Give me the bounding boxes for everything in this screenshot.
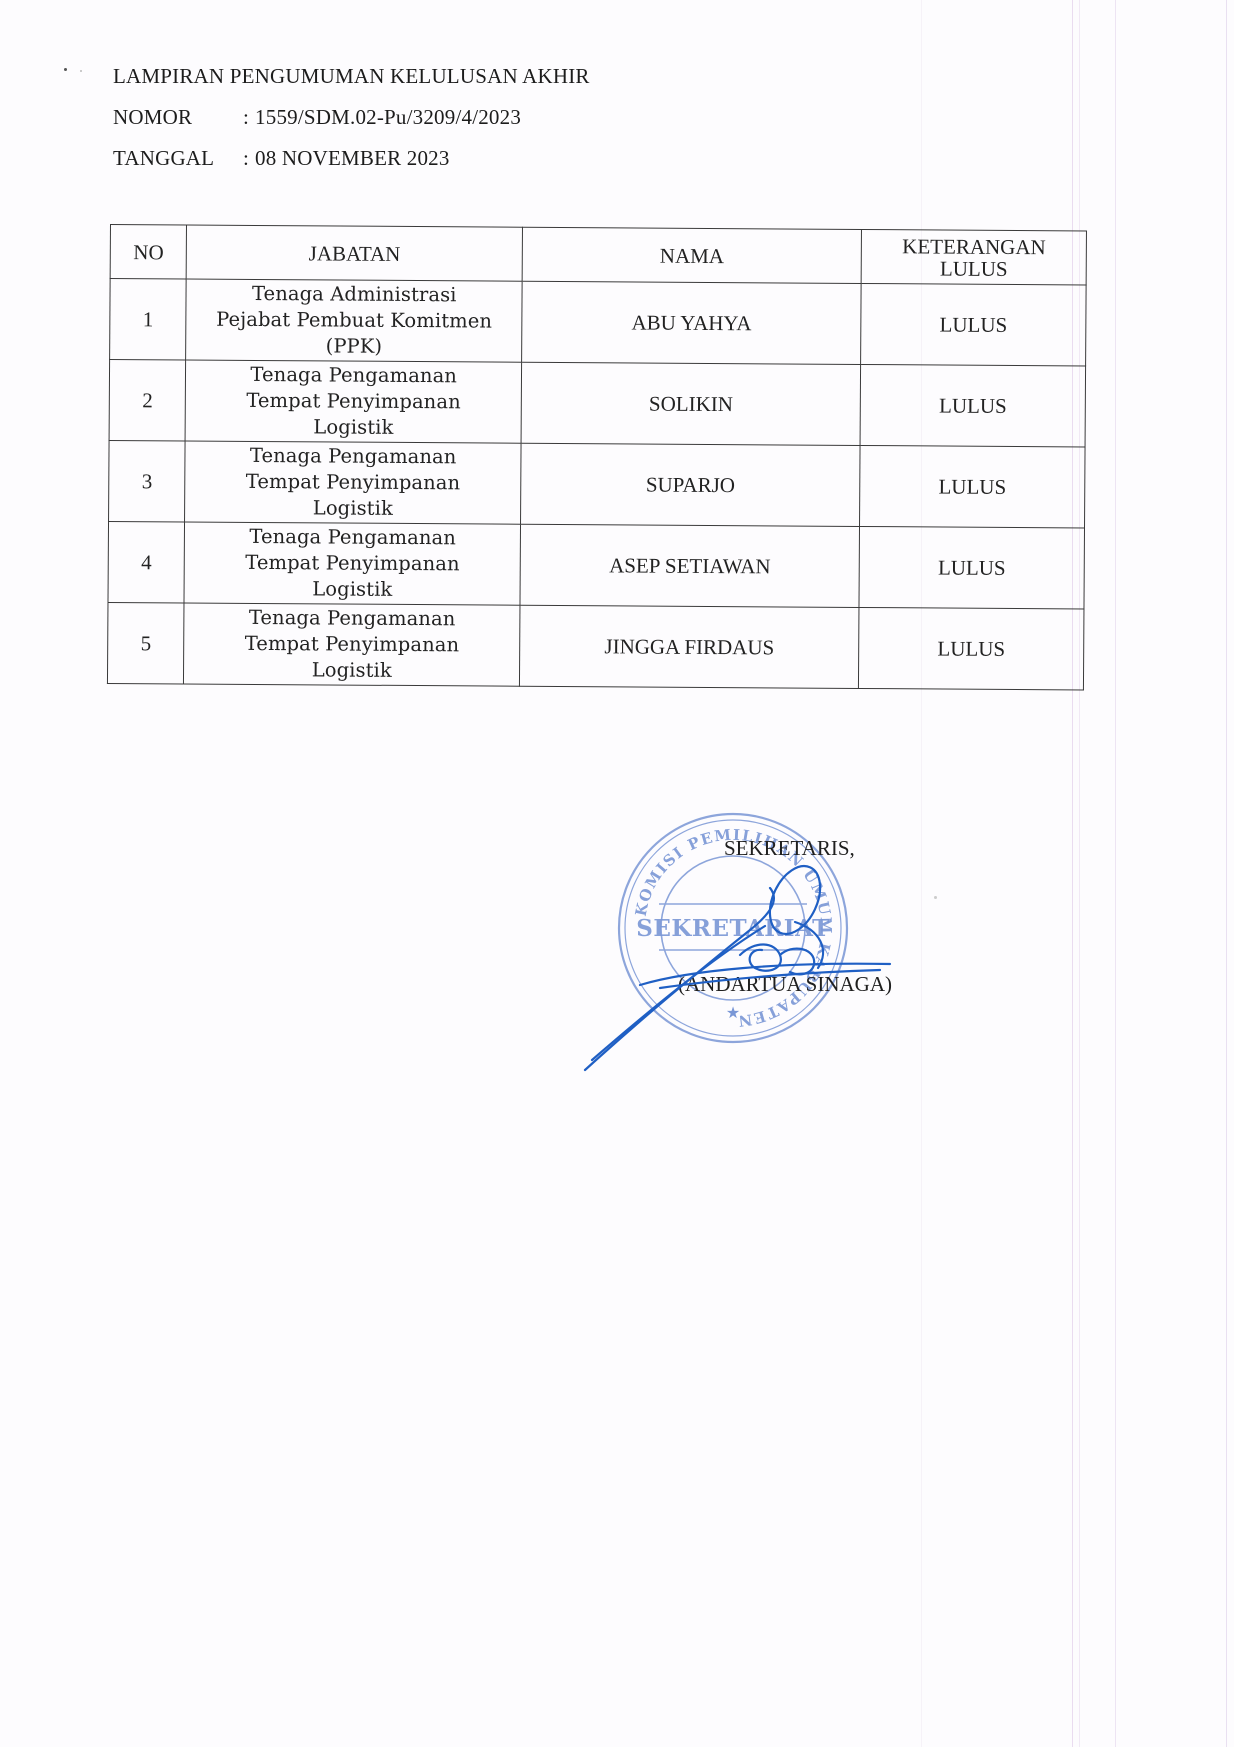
document-header: LAMPIRAN PENGUMUMAN KELULUSAN AKHIR NOMO… — [113, 56, 590, 179]
jabatan-line: Tempat Penyimpanan — [191, 550, 514, 578]
jabatan-line: Pejabat Pembuat Komitmen — [193, 307, 516, 335]
table-row: 4Tenaga PengamananTempat PenyimpananLogi… — [108, 521, 1085, 608]
cell-keterangan: LULUS — [861, 283, 1086, 365]
jabatan-line: Tenaga Pengamanan — [191, 524, 514, 552]
table-row: 1Tenaga AdministrasiPejabat Pembuat Komi… — [110, 279, 1087, 366]
cell-nama: SUPARJO — [521, 443, 861, 526]
nomor-separator: : — [243, 97, 249, 138]
jabatan-line: Tempat Penyimpanan — [192, 469, 515, 497]
tanggal-separator: : — [243, 138, 249, 179]
jabatan-line: Tempat Penyimpanan — [192, 388, 515, 416]
cell-no: 3 — [109, 440, 186, 522]
jabatan-line: Tenaga Pengamanan — [192, 443, 515, 471]
nomor-label: NOMOR — [113, 97, 243, 138]
tanggal-field: TANGGAL : 08 NOVEMBER 2023 — [113, 138, 590, 179]
jabatan-line: Tenaga Pengamanan — [191, 605, 514, 633]
jabatan-line: Tenaga Pengamanan — [192, 362, 515, 390]
header-no: NO — [110, 225, 187, 280]
cell-no: 4 — [108, 521, 185, 603]
cell-jabatan: Tenaga PengamananTempat PenyimpananLogis… — [184, 603, 520, 686]
table-body: 1Tenaga AdministrasiPejabat Pembuat Komi… — [107, 279, 1086, 690]
cell-jabatan: Tenaga PengamananTempat PenyimpananLogis… — [184, 522, 520, 605]
header-keterangan: KETERANGAN LULUS — [861, 229, 1086, 284]
cell-nama: ABU YAHYA — [522, 281, 862, 364]
cell-keterangan: LULUS — [859, 607, 1084, 689]
cell-keterangan: LULUS — [860, 364, 1085, 446]
jabatan-line: Logistik — [190, 657, 513, 685]
jabatan-line: Tempat Penyimpanan — [191, 631, 514, 659]
scan-speck — [64, 68, 67, 71]
cell-no: 2 — [109, 360, 186, 442]
table-header-row: NO JABATAN NAMA KETERANGAN LULUS — [110, 225, 1086, 285]
jabatan-line: (PPK) — [193, 333, 516, 361]
signer-role: SEKRETARIS, — [724, 836, 855, 861]
cell-no: 1 — [110, 279, 187, 361]
cell-nama: SOLIKIN — [521, 362, 861, 445]
cell-jabatan: Tenaga AdministrasiPejabat Pembuat Komit… — [186, 279, 522, 362]
cell-keterangan: LULUS — [860, 445, 1085, 527]
cell-nama: ASEP SETIAWAN — [520, 524, 860, 607]
jabatan-line: Tenaga Administrasi — [193, 281, 516, 309]
scan-speck — [934, 896, 937, 899]
table-row: 3Tenaga PengamananTempat PenyimpananLogi… — [109, 440, 1086, 527]
scan-speck — [80, 70, 82, 72]
scan-line — [1115, 0, 1116, 1747]
cell-jabatan: Tenaga PengamananTempat PenyimpananLogis… — [185, 360, 521, 443]
jabatan-line: Logistik — [192, 414, 515, 442]
jabatan-line: Logistik — [191, 576, 514, 604]
nomor-field: NOMOR : 1559/SDM.02-Pu/3209/4/2023 — [113, 97, 590, 138]
tanggal-value: 08 NOVEMBER 2023 — [255, 138, 450, 179]
results-table-container: NO JABATAN NAMA KETERANGAN LULUS 1Tenaga… — [107, 224, 1087, 690]
nomor-value: 1559/SDM.02-Pu/3209/4/2023 — [255, 97, 521, 138]
cell-no: 5 — [107, 602, 184, 684]
scan-line — [1226, 0, 1227, 1747]
results-table: NO JABATAN NAMA KETERANGAN LULUS 1Tenaga… — [107, 224, 1087, 690]
table-row: 2Tenaga PengamananTempat PenyimpananLogi… — [109, 360, 1086, 447]
cell-nama: JINGGA FIRDAUS — [520, 605, 860, 688]
jabatan-line: Logistik — [191, 495, 514, 523]
header-nama: NAMA — [522, 227, 861, 283]
cell-jabatan: Tenaga PengamananTempat PenyimpananLogis… — [185, 441, 521, 524]
document-title: LAMPIRAN PENGUMUMAN KELULUSAN AKHIR — [113, 56, 590, 97]
tanggal-label: TANGGAL — [113, 138, 243, 179]
header-jabatan: JABATAN — [187, 225, 523, 281]
handwritten-signature-icon — [580, 860, 900, 1080]
cell-keterangan: LULUS — [859, 526, 1084, 608]
table-row: 5Tenaga PengamananTempat PenyimpananLogi… — [107, 602, 1084, 689]
